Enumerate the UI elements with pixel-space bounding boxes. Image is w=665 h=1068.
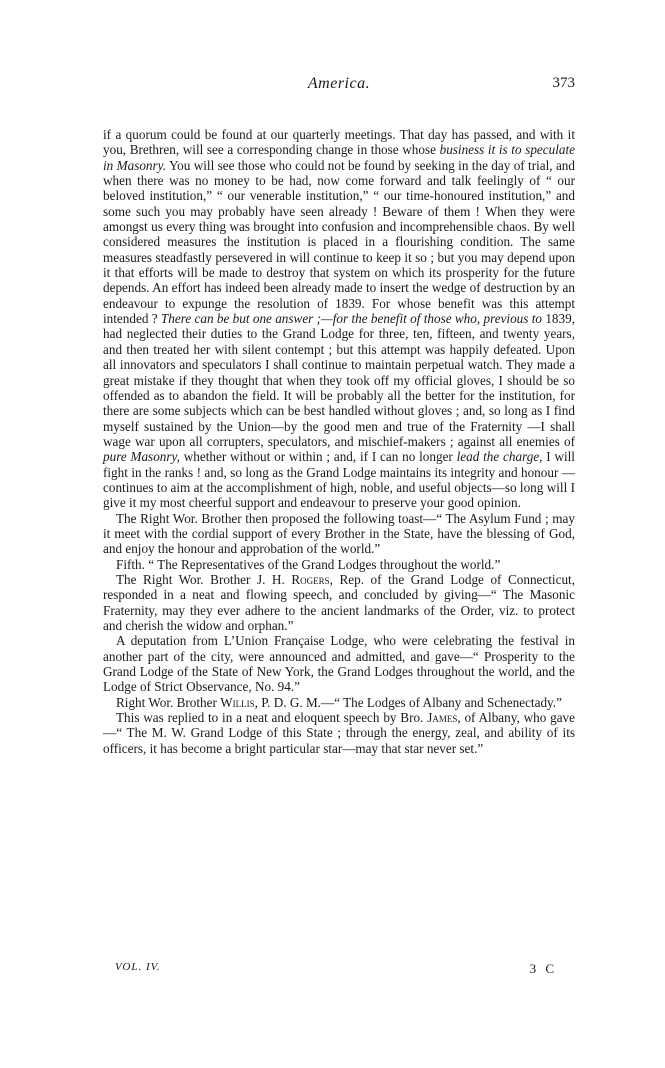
page-header: America. 373 [103, 75, 575, 95]
text-segment: This was replied to in a neat and eloque… [116, 710, 427, 725]
text-segment: 1839, had neglected their duties to the … [103, 311, 575, 449]
text-segment: You will see those who could not be foun… [103, 158, 575, 326]
running-title: America. [103, 75, 575, 93]
paragraph: Right Wor. Brother Willis, P. D. G. M.—“… [103, 695, 575, 710]
text-segment: whether without or within ; and, if I ca… [180, 449, 457, 464]
text-segment: Fifth. “ The Representatives of the Gran… [116, 557, 500, 572]
volume-label: VOL. IV. [115, 961, 161, 973]
name-smallcaps: Willis [220, 695, 254, 710]
paragraph: Fifth. “ The Representatives of the Gran… [103, 557, 575, 572]
text-segment: , P. D. G. M.—“ The Lodges of Albany and… [255, 695, 562, 710]
name-smallcaps: Rogers [291, 572, 329, 587]
paragraph: if a quorum could be found at our quarte… [103, 127, 575, 511]
text-segment: A deputation from L’Union Française Lodg… [103, 633, 575, 694]
page-number: 373 [553, 75, 576, 92]
signature-mark: 3 C [530, 961, 557, 977]
paragraph: A deputation from L’Union Française Lodg… [103, 633, 575, 694]
text-segment: The Right Wor. Brother J. H. [116, 572, 291, 587]
italic-text: There can be but one answer ;—for the be… [161, 311, 542, 326]
italic-text: lead the charge, [457, 449, 543, 464]
paragraph: This was replied to in a neat and eloque… [103, 710, 575, 756]
paragraph: The Right Wor. Brother then proposed the… [103, 511, 575, 557]
italic-text: pure Masonry, [103, 449, 180, 464]
body-text: if a quorum could be found at our quarte… [103, 127, 575, 756]
name-smallcaps: James [427, 710, 457, 725]
text-segment: Right Wor. Brother [116, 695, 220, 710]
text-segment: The Right Wor. Brother then proposed the… [103, 511, 575, 557]
paragraph: The Right Wor. Brother J. H. Rogers, Rep… [103, 572, 575, 633]
page-footer: VOL. IV. 3 C [103, 961, 575, 977]
